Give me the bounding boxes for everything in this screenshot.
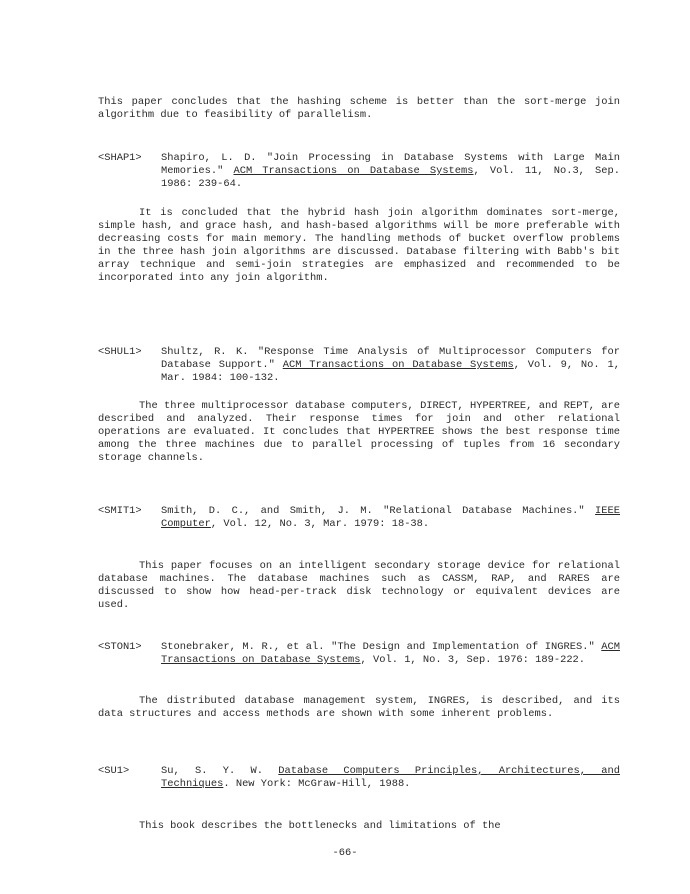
reference-su1-summary-block: This book describes the bottlenecks and … — [98, 820, 620, 833]
reference-shul1: <SHUL1> Shultz, R. K. "Response Time Ana… — [98, 346, 620, 385]
reference-authors: Smith, D. C., and Smith, J. M. — [161, 505, 373, 517]
reference-body: Smith, D. C., and Smith, J. M. "Relation… — [161, 505, 620, 531]
reference-ston1-summary-block: The distributed database management syst… — [98, 695, 620, 721]
reference-summary: The distributed database management syst… — [98, 695, 620, 721]
reference-citation: <STON1> Stonebraker, M. R., et al. "The … — [98, 641, 620, 667]
reference-key: <SHAP1> — [98, 152, 142, 165]
reference-authors: Shultz, R. K. — [161, 346, 248, 358]
reference-shap1-summary-block: It is concluded that the hybrid hash joi… — [98, 207, 620, 284]
reference-citation: <SMIT1> Smith, D. C., and Smith, J. M. "… — [98, 505, 620, 531]
reference-journal: ACM Transactions on Database Systems — [233, 165, 473, 177]
reference-citation: <SHUL1> Shultz, R. K. "Response Time Ana… — [98, 346, 620, 385]
reference-summary: It is concluded that the hybrid hash joi… — [98, 207, 620, 284]
intro-paragraph: This paper concludes that the hashing sc… — [98, 96, 620, 122]
reference-key: <SMIT1> — [98, 505, 142, 518]
reference-body: Shapiro, L. D. "Join Processing in Datab… — [161, 152, 620, 191]
reference-summary: The three multiprocessor database comput… — [98, 400, 620, 465]
reference-citation: <SHAP1> Shapiro, L. D. "Join Processing … — [98, 152, 620, 191]
reference-details: . New York: McGraw-Hill, 1988. — [223, 778, 410, 790]
reference-summary: This book describes the bottlenecks and … — [98, 820, 620, 833]
reference-key: <SHUL1> — [98, 346, 142, 359]
reference-smit1-summary-block: This paper focuses on an intelligent sec… — [98, 560, 620, 612]
reference-key: <STON1> — [98, 641, 142, 654]
reference-title: "The Design and Implementation of INGRES… — [331, 641, 595, 653]
reference-authors: Shapiro, L. D. — [161, 152, 257, 164]
reference-body: Shultz, R. K. "Response Time Analysis of… — [161, 346, 620, 385]
reference-key: <SU1> — [98, 765, 129, 778]
reference-shul1-summary-block: The three multiprocessor database comput… — [98, 400, 620, 465]
reference-summary: This paper focuses on an intelligent sec… — [98, 560, 620, 612]
reference-shap1: <SHAP1> Shapiro, L. D. "Join Processing … — [98, 152, 620, 191]
reference-ston1: <STON1> Stonebraker, M. R., et al. "The … — [98, 641, 620, 667]
reference-body: Stonebraker, M. R., et al. "The Design a… — [161, 641, 620, 667]
reference-authors: Su, S. Y. W. — [161, 765, 263, 777]
intro-paragraph-block: This paper concludes that the hashing sc… — [98, 96, 620, 122]
reference-citation: <SU1> Su, S. Y. W. Database Computers Pr… — [98, 765, 620, 791]
reference-journal: ACM Transactions on Database Systems — [283, 359, 514, 371]
reference-details: , Vol. 1, No. 3, Sep. 1976: 189-222. — [361, 654, 585, 666]
reference-authors: Stonebraker, M. R., et al. — [161, 641, 325, 653]
reference-details: , Vol. 12, No. 3, Mar. 1979: 18-38. — [211, 518, 429, 530]
page-number: -66- — [0, 847, 690, 860]
reference-su1: <SU1> Su, S. Y. W. Database Computers Pr… — [98, 765, 620, 791]
reference-title: "Relational Database Machines." — [383, 505, 585, 517]
reference-smit1: <SMIT1> Smith, D. C., and Smith, J. M. "… — [98, 505, 620, 531]
reference-body: Su, S. Y. W. Database Computers Principl… — [161, 765, 620, 791]
